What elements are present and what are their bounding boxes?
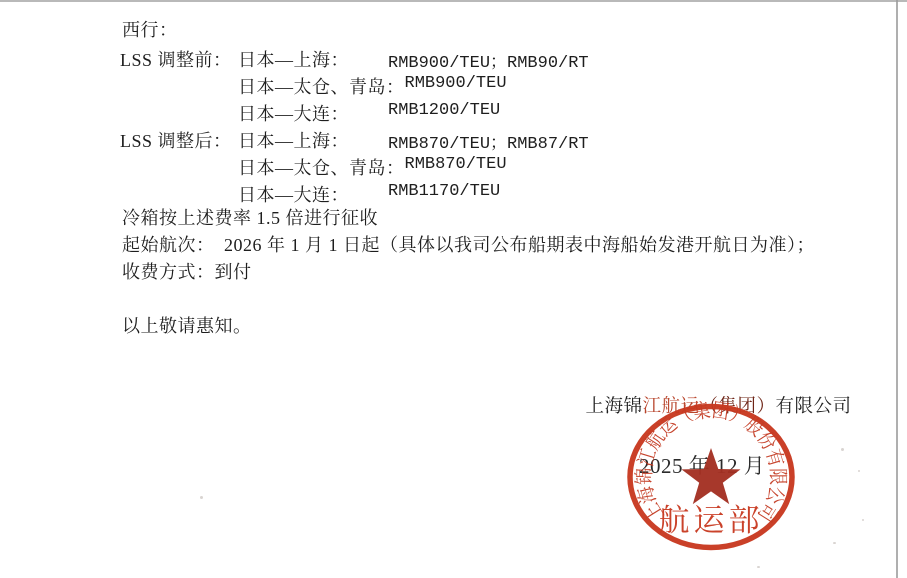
fee-value: RMB1170/TEU [388, 181, 500, 207]
company-seal-stamp: 2025 年 12 月 上海锦江航运（集团）股份有限公司 航运部 [615, 390, 815, 562]
fee-value: RMB1200/TEU [388, 100, 500, 126]
scan-speckle [858, 470, 860, 472]
scan-speckle [862, 519, 864, 521]
scan-speckle [200, 496, 203, 499]
fee-row: 日本—太仓、青岛：RMB900/TEU [238, 73, 507, 99]
lss-after-label: LSS 调整后： [120, 127, 232, 153]
fee-value: RMB900/TEU；RMB90/RT [388, 46, 589, 73]
fee-row: 日本—上海：RMB900/TEU；RMB90/RT [238, 46, 589, 73]
payment-method-note: 收费方式：到付 [122, 258, 252, 284]
fee-row: 日本—上海：RMB870/TEU；RMB87/RT [238, 127, 589, 154]
fee-row: 日本—太仓、青岛：RMB870/TEU [238, 154, 507, 180]
start-voyage-note: 起始航次： 2026 年 1 月 1 日起（具体以我司公布船期表中海船始发港开航… [122, 231, 815, 257]
stamp-department-text: 航运部 [659, 503, 764, 538]
fee-value: RMB900/TEU [405, 73, 507, 99]
scan-speckle [833, 542, 836, 544]
closing-note: 以上敬请惠知。 [122, 312, 252, 338]
route-label: 日本—上海： [238, 46, 388, 73]
route-label: 日本—太仓、青岛： [238, 73, 405, 99]
scan-speckle [757, 566, 760, 568]
fee-value: RMB870/TEU [405, 154, 507, 180]
fee-row: 日本—大连：RMB1200/TEU [238, 100, 500, 126]
scan-speckle [841, 448, 844, 451]
direction-heading: 西行： [122, 16, 178, 42]
route-label: 日本—太仓、青岛： [238, 154, 405, 180]
scan-edge-top [0, 0, 907, 2]
document-page: 西行： LSS 调整前： 日本—上海：RMB900/TEU；RMB90/RT 日… [0, 0, 907, 578]
scan-edge-right [896, 0, 898, 578]
fee-value: RMB870/TEU；RMB87/RT [388, 127, 589, 154]
reefer-note: 冷箱按上述费率 1.5 倍进行征收 [122, 204, 378, 230]
lss-before-label: LSS 调整前： [120, 46, 232, 72]
route-label: 日本—上海： [238, 127, 388, 154]
route-label: 日本—大连： [238, 100, 388, 126]
